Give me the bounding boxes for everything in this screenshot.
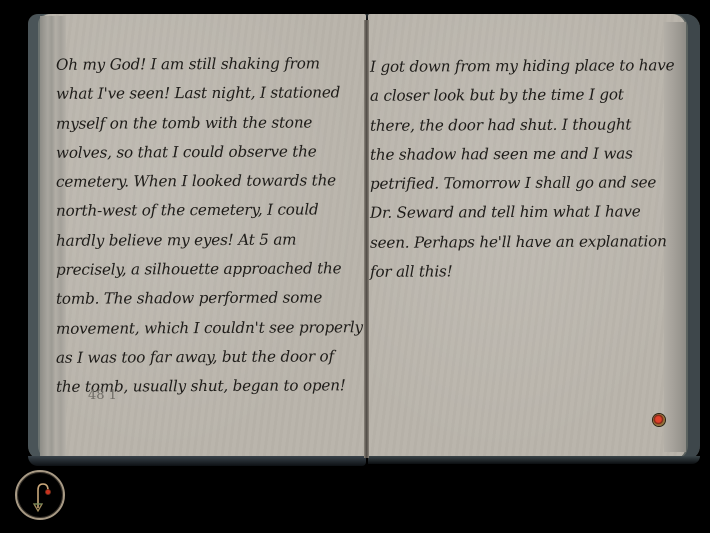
- journal-line: as I was too far away, but the door of: [56, 342, 363, 373]
- journal-line: I got down from my hiding place to have: [370, 51, 675, 82]
- journal-line: there, the door had shut. I thought: [370, 110, 675, 141]
- journal-line: for all this!: [370, 256, 675, 287]
- journal-line: the shadow had seen me and I was: [370, 139, 675, 170]
- journal-line: Dr. Seward and tell him what I have: [370, 198, 675, 229]
- journal-line: north-west of the cemetery, I could: [56, 196, 363, 227]
- book-spine-gutter: [364, 20, 369, 458]
- journal-line: myself on the tomb with the stone: [56, 108, 363, 139]
- exit-journal-button[interactable]: [15, 470, 65, 520]
- red-gem-icon[interactable]: [653, 414, 665, 426]
- journal-line: a closer look but by the time I got: [370, 81, 675, 112]
- journal-line: what I've seen! Last night, I stationed: [56, 78, 363, 109]
- right-page-text: I got down from my hiding place to have …: [370, 52, 674, 286]
- journal-line: petrified. Tomorrow I shall go and see: [370, 168, 675, 199]
- journal-line: hardly believe my eyes! At 5 am: [56, 225, 363, 256]
- journal-line: tomb. The shadow performed some: [56, 284, 363, 315]
- page-mark: 48 1: [88, 388, 117, 403]
- journal-line: Oh my God! I am still shaking from: [56, 49, 363, 80]
- journal-line: movement, which I couldn't see properly: [56, 313, 363, 344]
- hook-exit-icon: [26, 480, 56, 514]
- journal-line: precisely, a silhouette approached the: [56, 254, 363, 285]
- left-page-text: Oh my God! I am still shaking from what …: [56, 50, 363, 402]
- journal-line: cemetery. When I looked towards the: [56, 166, 363, 197]
- game-screen: Oh my God! I am still shaking from what …: [0, 0, 710, 533]
- journal-line: seen. Perhaps he'll have an explanation: [370, 227, 675, 258]
- journal-line: wolves, so that I could observe the: [56, 137, 363, 168]
